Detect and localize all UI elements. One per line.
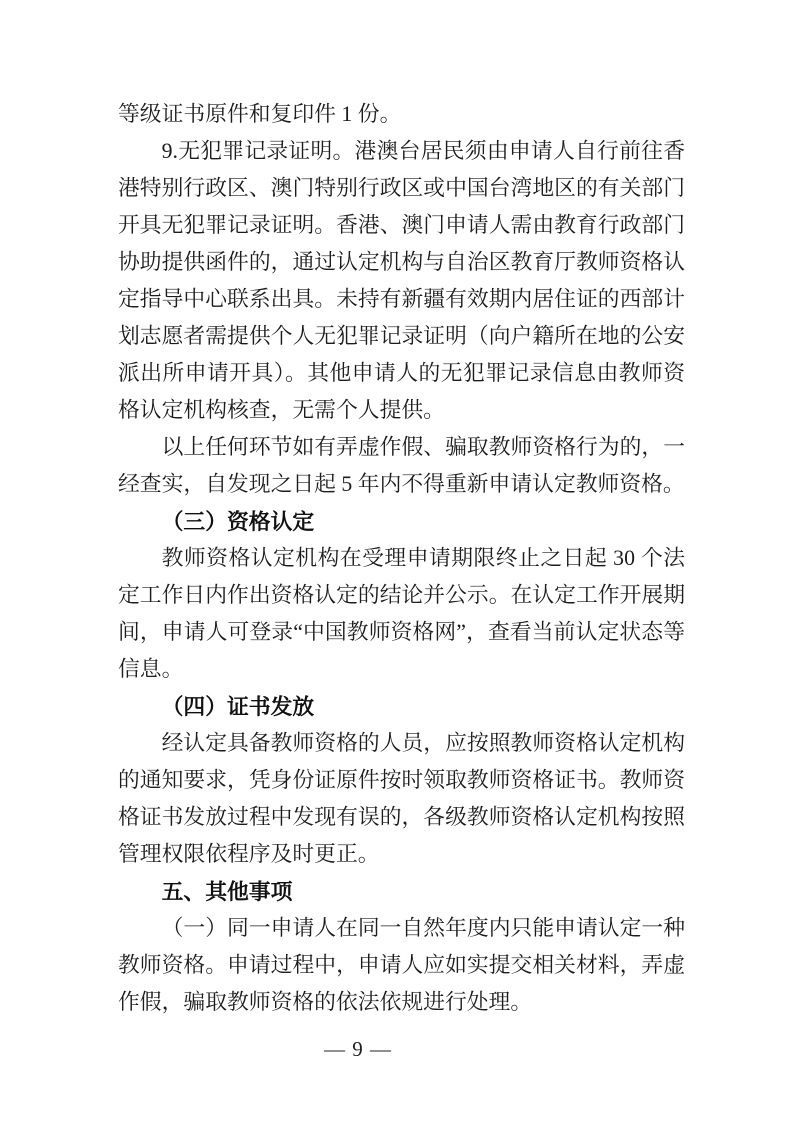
- paragraph-no-criminal-record-certificate: 9.无犯罪记录证明。港澳台居民须由申请人自行前往香港特别行政区、澳门特别行政区或…: [118, 133, 685, 429]
- document-page: 等级证书原件和复印件 1 份。 9.无犯罪记录证明。港澳台居民须由申请人自行前往…: [0, 0, 793, 1122]
- paragraph-certificate-collection: 经认定具备教师资格的人员，应按照教师资格认定机构的通知要求，凭身份证原件按时领取…: [118, 725, 685, 873]
- section-heading-qualification-determination: （三）资格认定: [118, 503, 685, 540]
- paragraph-other-matters-item-1: （一）同一申请人在同一自然年度内只能申请认定一种教师资格。申请过程中，申请人应如…: [118, 910, 685, 1021]
- paragraph-determination-process: 教师资格认定机构在受理申请期限终止之日起 30 个法定工作日内作出资格认定的结论…: [118, 540, 685, 688]
- section-heading-other-matters: 五、其他事项: [118, 873, 685, 910]
- section-heading-certificate-issuance: （四）证书发放: [118, 688, 685, 725]
- document-body: 等级证书原件和复印件 1 份。 9.无犯罪记录证明。港澳台居民须由申请人自行前往…: [118, 96, 685, 1021]
- page-number: — 9 —: [118, 1037, 598, 1062]
- paragraph-fraud-penalty-notice: 以上任何环节如有弄虚作假、骗取教师资格行为的，一经查实，自发现之日起 5 年内不…: [118, 429, 685, 503]
- paragraph-certificate-copies-continuation: 等级证书原件和复印件 1 份。: [118, 96, 685, 133]
